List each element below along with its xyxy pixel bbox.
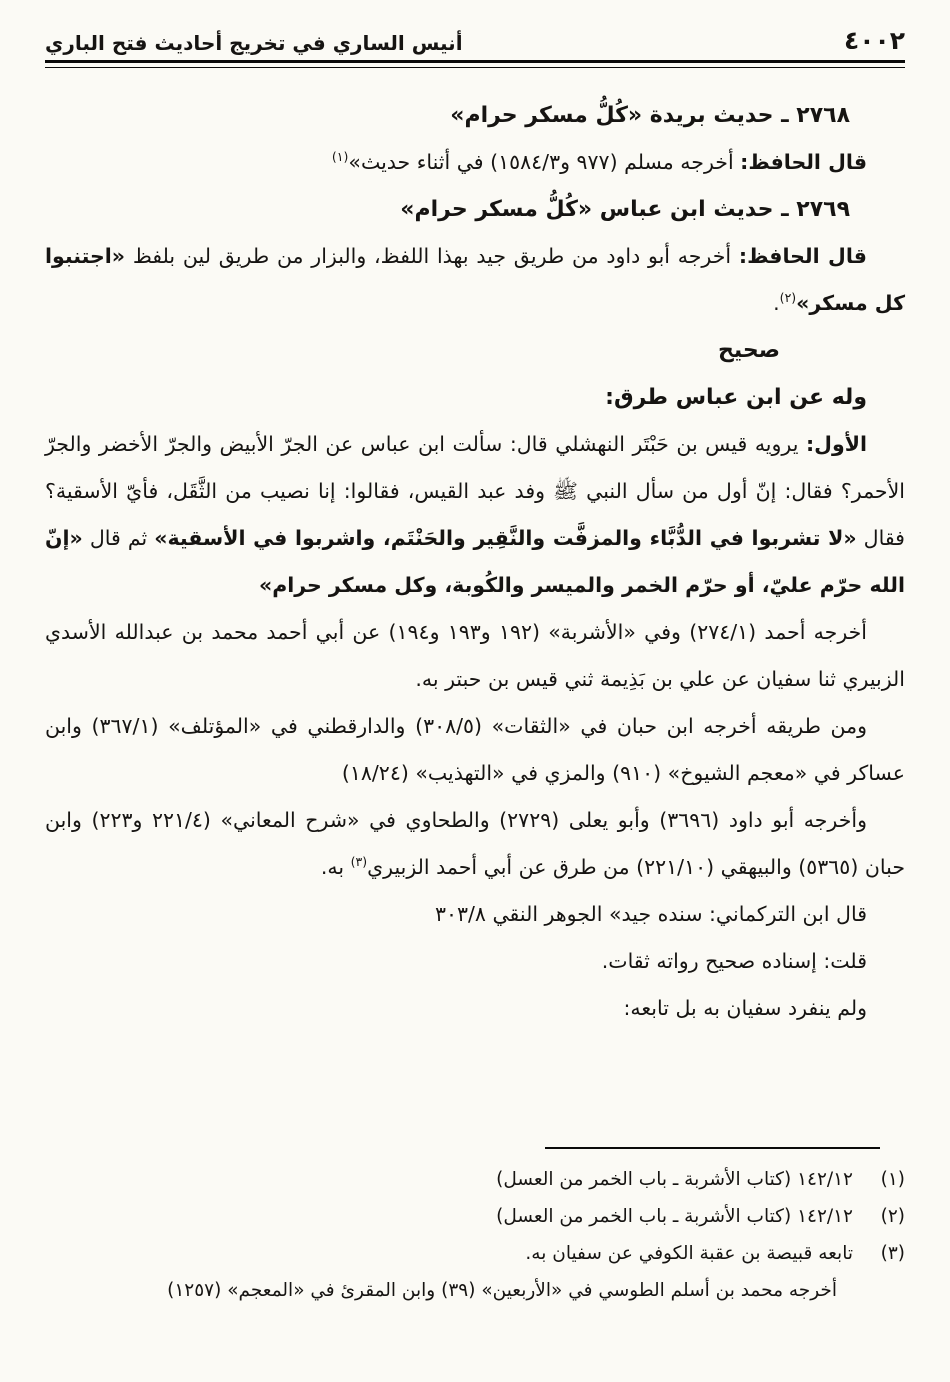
running-head: ٤٠٠٢ أنيس الساري في تخريج أحاديث فتح الب… xyxy=(45,26,905,55)
takhrij-3-text: وأخرجه أبو داود (٣٦٩٦) وأبو يعلى (٢٧٢٩) … xyxy=(45,808,905,879)
footnote-2: (٢)١٤٢/١٢ (كتاب الأشربة ـ باب الخمر من ا… xyxy=(45,1198,905,1235)
book-title: أنيس الساري في تخريج أحاديث فتح الباري xyxy=(45,31,463,55)
grading-verdict: صحيح xyxy=(45,327,905,374)
book-page: ٤٠٠٢ أنيس الساري في تخريج أحاديث فتح الب… xyxy=(0,0,950,1382)
page-body: ٢٧٦٨ ـ حديث بريدة «كُلُّ مسكر حرام» قال … xyxy=(45,92,905,1032)
footnote-1-number: (١) xyxy=(863,1161,905,1198)
paths-intro-text: وله عن ابن عباس طرق: xyxy=(605,385,867,410)
hadith-quote: «لا تشربوا في الدُّبَّاء والمزفَّت والنَ… xyxy=(154,526,856,550)
path-1-label: الأول: xyxy=(806,432,867,456)
hadith-2768-heading: ٢٧٦٨ ـ حديث بريدة «كُلُّ مسكر حرام» xyxy=(45,92,905,139)
paths-intro: وله عن ابن عباس طرق: xyxy=(45,374,905,421)
footnote-ref-3: (٣) xyxy=(351,854,368,869)
turkmani-quote-line: قال ابن التركماني: سنده جيد» الجوهر النق… xyxy=(45,891,905,938)
turkmani-quote-text: قال ابن التركماني: سنده جيد» الجوهر النق… xyxy=(435,902,867,926)
takhrij-2-text: ومن طريقه أخرجه ابن حبان في «الثقات» (٣٠… xyxy=(45,714,905,785)
footnote-2-text: ١٤٢/١٢ (كتاب الأشربة ـ باب الخمر من العس… xyxy=(496,1206,853,1227)
author-judgement-text: قلت: إسناده صحيح رواته ثقات. xyxy=(602,949,867,973)
footnote-1: (١)١٤٢/١٢ (كتاب الأشربة ـ باب الخمر من ا… xyxy=(45,1161,905,1198)
footnote-divider xyxy=(545,1147,880,1149)
path-1-paragraph: الأول: يرويه قيس بن حَبْتَر النهشلي قال:… xyxy=(45,421,905,609)
footnote-3-text: تابعه قبيصة بن عقبة الكوفي عن سفيان به. xyxy=(525,1243,853,1264)
path-1-connector: ثم قال xyxy=(90,526,147,550)
hadith-2769-heading: ٢٧٦٩ ـ حديث ابن عباس «كُلُّ مسكر حرام» xyxy=(45,186,905,233)
page-number: ٤٠٠٢ xyxy=(844,26,905,55)
footnote-ref-2: (٢) xyxy=(780,290,797,305)
footnote-3-continuation-text: أخرجه محمد بن أسلم الطوسي في «الأربعين» … xyxy=(167,1280,837,1301)
footnote-2-number: (٢) xyxy=(863,1198,905,1235)
hafiz-label: قال الحافظ: xyxy=(740,150,867,174)
takhrij-paragraph-2: ومن طريقه أخرجه ابن حبان في «الثقات» (٣٠… xyxy=(45,703,905,797)
footnote-3-continuation: أخرجه محمد بن أسلم الطوسي في «الأربعين» … xyxy=(45,1272,905,1309)
footnote-ref-1: (١) xyxy=(332,149,349,164)
verdict-text: صحيح xyxy=(718,338,780,363)
hadith-2768-heading-text: ٢٧٦٨ ـ حديث بريدة «كُلُّ مسكر حرام» xyxy=(450,103,850,128)
footnote-3-number: (٣) xyxy=(863,1235,905,1272)
takhrij-3-tail: به. xyxy=(321,855,344,879)
mutabaa-intro-text: ولم ينفرد سفيان به بل تابعه: xyxy=(624,996,867,1020)
takhrij-paragraph-3: وأخرجه أبو داود (٣٦٩٦) وأبو يعلى (٢٧٢٩) … xyxy=(45,797,905,891)
hafiz-comment-1: قال الحافظ: أخرجه مسلم (٩٧٧ و١٥٨٤/٣) في … xyxy=(45,139,905,186)
footnote-3: (٣)تابعه قبيصة بن عقبة الكوفي عن سفيان ب… xyxy=(45,1235,905,1272)
hadith-2769-heading-text: ٢٧٦٩ ـ حديث ابن عباس «كُلُّ مسكر حرام» xyxy=(400,197,850,222)
hafiz-comment-1-text: أخرجه مسلم (٩٧٧ و١٥٨٤/٣) في أثناء حديث» xyxy=(348,150,733,174)
takhrij-paragraph-1: أخرجه أحمد (٢٧٤/١) وفي «الأشربة» (١٩٢ و١… xyxy=(45,609,905,703)
footnote-1-text: ١٤٢/١٢ (كتاب الأشربة ـ باب الخمر من العس… xyxy=(496,1169,853,1190)
footnotes-section: (١)١٤٢/١٢ (كتاب الأشربة ـ باب الخمر من ا… xyxy=(45,1147,905,1309)
hafiz-label: قال الحافظ: xyxy=(739,244,867,268)
hafiz-comment-2: قال الحافظ: أخرجه أبو داود من طريق جيد ب… xyxy=(45,233,905,327)
header-divider xyxy=(45,60,905,68)
author-judgement-line: قلت: إسناده صحيح رواته ثقات. xyxy=(45,938,905,985)
mutabaa-intro-line: ولم ينفرد سفيان به بل تابعه: xyxy=(45,985,905,1032)
takhrij-1-text: أخرجه أحمد (٢٧٤/١) وفي «الأشربة» (١٩٢ و١… xyxy=(45,620,905,691)
hafiz-comment-2-text: أخرجه أبو داود من طريق جيد بهذا اللفظ، و… xyxy=(133,244,731,268)
